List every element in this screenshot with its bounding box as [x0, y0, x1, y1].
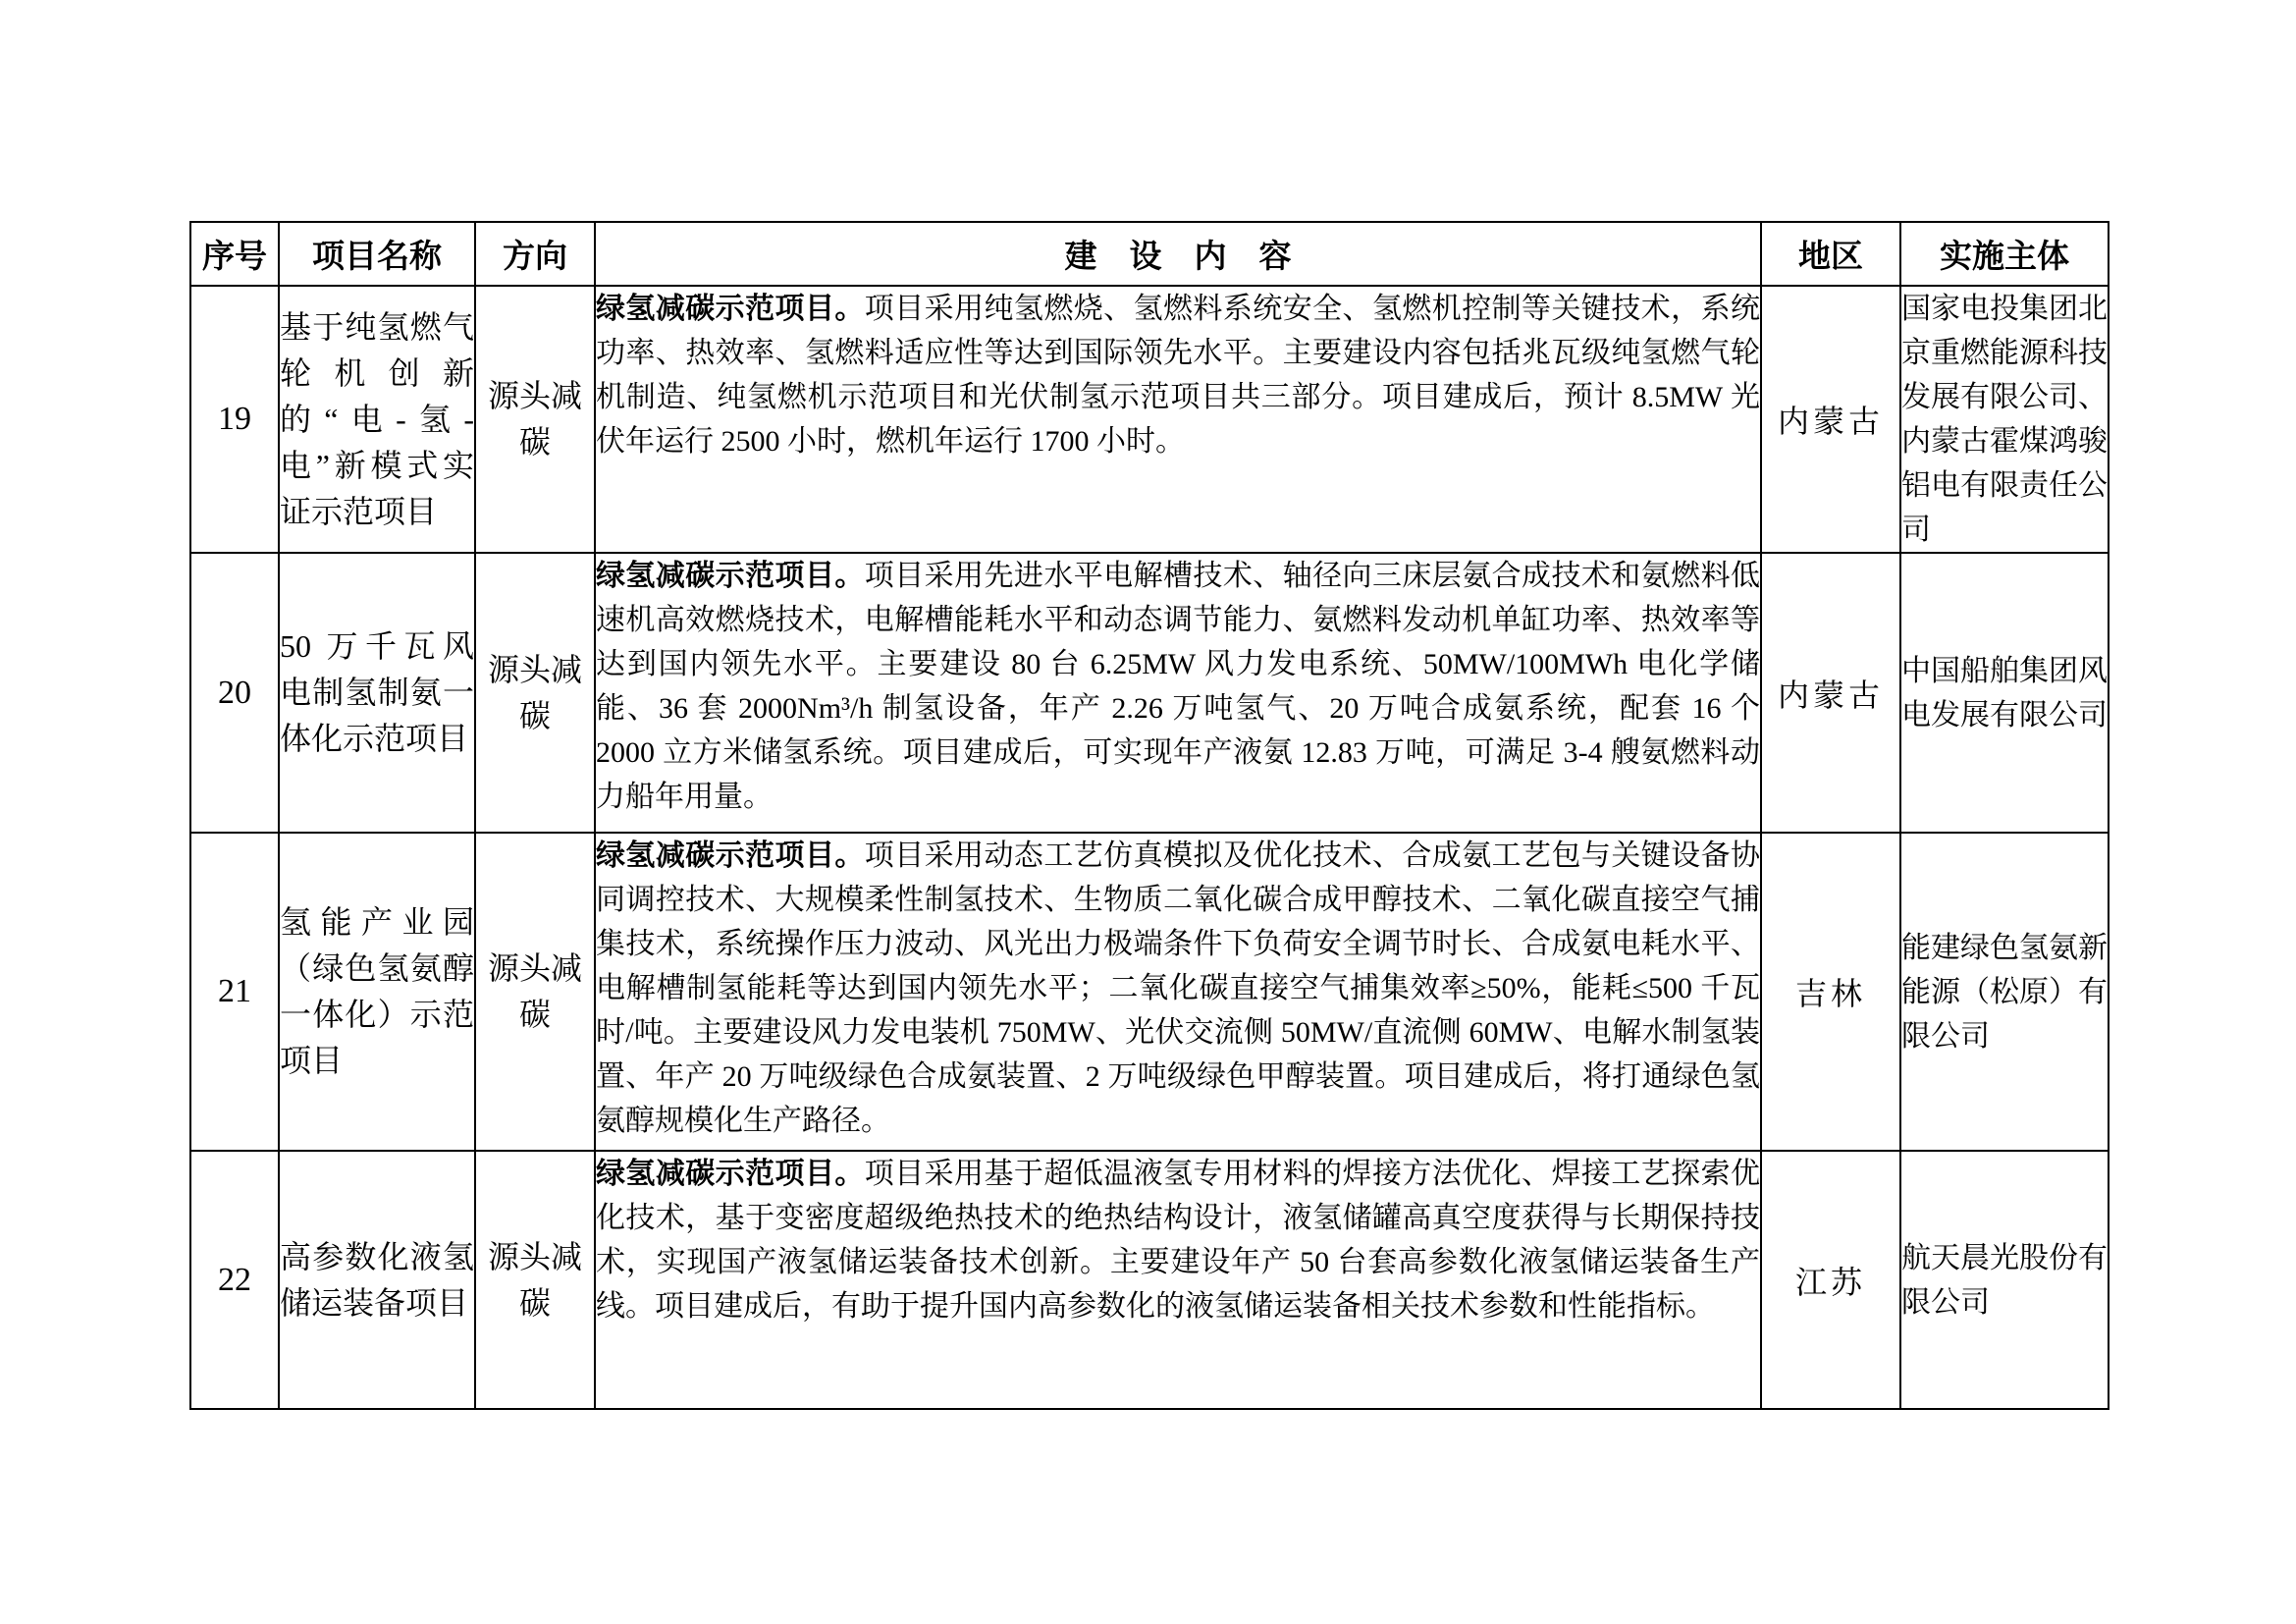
row-index: 20: [190, 553, 279, 833]
row-index: 22: [190, 1151, 279, 1409]
header-index: 序号: [190, 222, 279, 286]
table-row: 19 基于纯氢燃气轮机创新的“电-氢-电”新模式实证示范项目 源头减碳 绿氢减碳…: [190, 286, 2109, 553]
header-content: 建 设 内 容: [595, 222, 1761, 286]
project-entity: 中国船舶集团风电发展有限公司: [1900, 553, 2109, 833]
project-direction: 源头减碳: [475, 833, 595, 1151]
header-direction: 方向: [475, 222, 595, 286]
project-direction: 源头减碳: [475, 553, 595, 833]
project-content: 绿氢减碳示范项目。项目采用纯氢燃烧、氢燃料系统安全、氢燃机控制等关键技术，系统功…: [595, 286, 1761, 553]
project-content: 绿氢减碳示范项目。项目采用基于超低温液氢专用材料的焊接方法优化、焊接工艺探索优化…: [595, 1151, 1761, 1409]
project-direction: 源头减碳: [475, 1151, 595, 1409]
project-region: 内蒙古: [1761, 553, 1900, 833]
header-region: 地区: [1761, 222, 1900, 286]
project-name: 基于纯氢燃气轮机创新的“电-氢-电”新模式实证示范项目: [279, 286, 475, 553]
project-region: 内蒙古: [1761, 286, 1900, 553]
project-content: 绿氢减碳示范项目。项目采用先进水平电解槽技术、轴径向三床层氨合成技术和氨燃料低速…: [595, 553, 1761, 833]
project-entity: 能建绿色氢氨新能源（松原）有限公司: [1900, 833, 2109, 1151]
project-name: 50 万千瓦风电制氢制氨一体化示范项目: [279, 553, 475, 833]
project-content: 绿氢减碳示范项目。项目采用动态工艺仿真模拟及优化技术、合成氨工艺包与关键设备协同…: [595, 833, 1761, 1151]
project-name: 氢能产业园（绿色氢氨醇一体化）示范项目: [279, 833, 475, 1151]
projects-table-container: 序号 项目名称 方向 建 设 内 容 地区 实施主体 19 基于纯氢燃气轮机创新…: [189, 221, 2109, 1410]
project-content-body: 项目采用动态工艺仿真模拟及优化技术、合成氨工艺包与关键设备协同调控技术、大规模柔…: [596, 839, 1760, 1137]
row-index: 19: [190, 286, 279, 553]
project-region: 江苏: [1761, 1151, 1900, 1409]
header-project-name: 项目名称: [279, 222, 475, 286]
project-region: 吉林: [1761, 833, 1900, 1151]
header-entity: 实施主体: [1900, 222, 2109, 286]
project-content-lead: 绿氢减碳示范项目。: [596, 1158, 865, 1190]
table-header-row: 序号 项目名称 方向 建 设 内 容 地区 实施主体: [190, 222, 2109, 286]
projects-table: 序号 项目名称 方向 建 设 内 容 地区 实施主体 19 基于纯氢燃气轮机创新…: [189, 221, 2109, 1410]
project-name: 高参数化液氢储运装备项目: [279, 1151, 475, 1409]
project-content-lead: 绿氢减碳示范项目。: [596, 293, 865, 325]
project-content-lead: 绿氢减碳示范项目。: [596, 839, 865, 872]
table-row: 20 50 万千瓦风电制氢制氨一体化示范项目 源头减碳 绿氢减碳示范项目。项目采…: [190, 553, 2109, 833]
table-row: 22 高参数化液氢储运装备项目 源头减碳 绿氢减碳示范项目。项目采用基于超低温液…: [190, 1151, 2109, 1409]
row-index: 21: [190, 833, 279, 1151]
project-entity: 国家电投集团北京重燃能源科技发展有限公司、内蒙古霍煤鸿骏铝电有限责任公司: [1900, 286, 2109, 553]
project-content-body: 项目采用先进水平电解槽技术、轴径向三床层氨合成技术和氨燃料低速机高效燃烧技术，电…: [596, 560, 1760, 813]
project-content-lead: 绿氢减碳示范项目。: [596, 560, 865, 592]
table-row: 21 氢能产业园（绿色氢氨醇一体化）示范项目 源头减碳 绿氢减碳示范项目。项目采…: [190, 833, 2109, 1151]
project-entity: 航天晨光股份有限公司: [1900, 1151, 2109, 1409]
project-direction: 源头减碳: [475, 286, 595, 553]
